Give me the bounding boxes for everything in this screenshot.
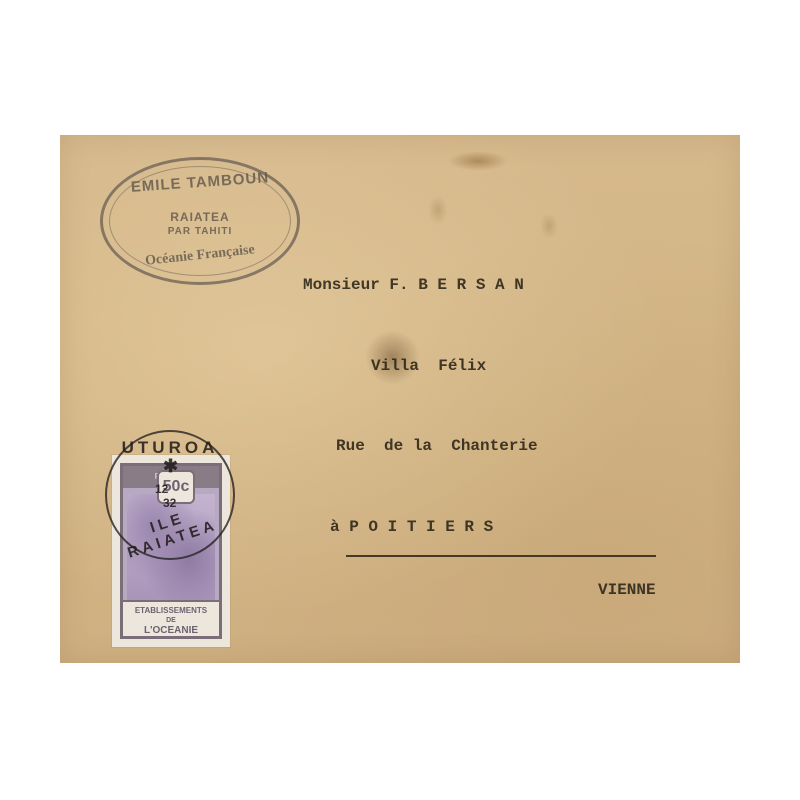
star-icon: ✱ <box>163 456 178 477</box>
recipient-house: Villa Félix <box>371 357 486 375</box>
sender-cachet: EMILE TAMBOUN RAIATEA PAR TAHITI Océanie… <box>100 157 300 285</box>
cachet-territory: Océanie Française <box>103 238 298 274</box>
city-underline <box>346 555 656 557</box>
stamp-footer-line1: ETABLISSEMENTS <box>123 605 219 617</box>
postmark: UTUROA ✱ 12 32 ILE RAIATEA <box>105 430 235 560</box>
cachet-via: PAR TAHITI <box>103 226 297 237</box>
stamp-footer-line2: DE <box>123 617 219 625</box>
envelope: EMILE TAMBOUN RAIATEA PAR TAHITI Océanie… <box>60 135 740 663</box>
postmark-date-line2: 32 <box>163 496 176 510</box>
stain <box>428 195 448 225</box>
recipient-city: à P O I T I E R S <box>330 518 493 536</box>
stain <box>540 213 558 239</box>
recipient-name: Monsieur F. B E R S A N <box>303 276 524 294</box>
stamp-footer-line3: L'OCEANIE <box>123 625 219 636</box>
cachet-sender-name: EMILE TAMBOUN <box>103 167 298 197</box>
postmark-date-line1: 12 <box>155 482 168 496</box>
stamp-footer: ETABLISSEMENTS DE L'OCEANIE <box>123 600 219 636</box>
stain <box>448 151 508 171</box>
postmark-town: UTUROA <box>107 438 233 458</box>
recipient-department: VIENNE <box>598 581 656 599</box>
recipient-street: Rue de la Chanterie <box>336 437 538 455</box>
cachet-island: RAIATEA <box>103 210 297 224</box>
